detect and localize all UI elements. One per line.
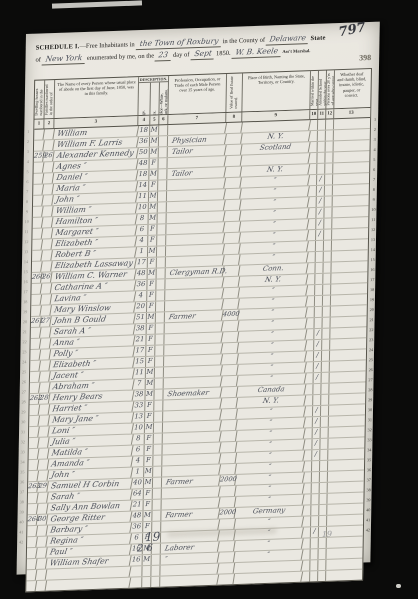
- cell-age: 38: [135, 324, 147, 334]
- line-number: 22: [21, 337, 29, 347]
- county-label: in the County of: [223, 37, 266, 45]
- cell-remarks: [327, 504, 361, 515]
- cell-school: [310, 560, 318, 570]
- stamped-page-number: 398: [359, 52, 371, 63]
- cell-read: [323, 273, 331, 283]
- col-header-value-label: Value of Real Estate owned.: [229, 75, 239, 109]
- cell-read: [320, 483, 328, 493]
- cell-married: [306, 329, 314, 339]
- line-number: 14: [22, 257, 30, 267]
- cell-married: [307, 296, 315, 306]
- cell-school: [315, 318, 323, 328]
- line-number: 20: [21, 317, 29, 327]
- line-number: 28: [19, 397, 27, 407]
- cell-sex: F: [146, 335, 155, 345]
- cell-age: 17: [136, 258, 148, 268]
- line-number: 18: [21, 297, 29, 307]
- cell-school: [316, 252, 324, 262]
- cell-read: [322, 329, 330, 339]
- line-number: 3: [371, 135, 379, 145]
- cell-read: [319, 505, 327, 515]
- cell-age: 14: [137, 181, 149, 191]
- cell-profession: [163, 376, 223, 388]
- col-header-birthplace: Place of Birth, Naming the State, Territ…: [242, 71, 311, 111]
- line-number: 18: [368, 285, 376, 295]
- cell-married: [304, 439, 312, 449]
- line-number: 40: [17, 517, 25, 527]
- table-body: William18MWilliam F. Larris36MPhysicianN…: [26, 118, 370, 591]
- col-header-profession-label: Profession, Occupation, or Trade of each…: [169, 74, 226, 96]
- footer-tally-bottom: 2 6: [137, 543, 153, 555]
- cell-read: [325, 163, 333, 173]
- cell-married: [309, 186, 317, 196]
- cell-age: 6: [136, 225, 148, 235]
- cell-read: [320, 461, 328, 471]
- line-number: 13: [369, 235, 377, 245]
- cell-sex: M: [145, 390, 154, 400]
- line-number: 30: [366, 405, 374, 415]
- cell-married: [307, 263, 315, 273]
- cell-read: [326, 141, 334, 151]
- line-number: 12: [22, 237, 30, 247]
- cell-married: [303, 527, 311, 537]
- line-number: 37: [18, 487, 26, 497]
- cell-profession: [162, 409, 222, 421]
- census-page: 797 398 SCHEDULE I.—Free Inhabitants in …: [17, 22, 380, 575]
- cell-sex: [142, 577, 151, 587]
- cell-profession: [164, 332, 224, 344]
- cell-remarks: [329, 426, 363, 437]
- cell-school: [315, 285, 323, 295]
- line-number: 19: [21, 307, 29, 317]
- cell-married: [308, 241, 316, 251]
- state-label: State: [310, 35, 325, 43]
- cell-read: [318, 571, 326, 581]
- cell-married: [307, 307, 315, 317]
- cell-read: [326, 119, 334, 129]
- cell-married: [307, 274, 315, 284]
- line-number: 16: [368, 265, 376, 275]
- line-number: 37: [365, 475, 373, 485]
- cell-profession: Clergyman R.D.: [165, 266, 225, 278]
- line-number: 39: [18, 507, 26, 517]
- cell-remarks: [329, 393, 363, 404]
- cell-age: 13: [133, 412, 145, 422]
- cell-age: 1: [132, 467, 144, 477]
- line-number: 5: [24, 167, 32, 177]
- cell-remarks: [331, 261, 365, 272]
- cell-school: [313, 384, 321, 394]
- line-number: 21: [21, 327, 29, 337]
- cell-profession: [164, 288, 224, 300]
- cell-remarks: [326, 559, 360, 570]
- schedule-label: SCHEDULE I.: [36, 43, 80, 52]
- cell-school: [313, 395, 321, 405]
- col-header-value: Value of Real Estate owned.: [226, 73, 243, 112]
- cell-sex: M: [150, 147, 159, 157]
- cell-sex: M: [150, 136, 159, 146]
- cell-profession: [166, 200, 226, 212]
- cell-read: [323, 307, 331, 317]
- line-number: 41: [17, 527, 25, 537]
- cell-sex: F: [147, 291, 156, 301]
- cell-school: ∕: [314, 351, 322, 361]
- cell-read: [320, 450, 328, 460]
- line-number: 13: [22, 247, 30, 257]
- cell-read: [322, 373, 330, 383]
- col-header-remarks: Whether deaf and dumb, blind, insane, id…: [334, 69, 369, 108]
- cell-age: 48: [138, 159, 150, 169]
- cell-read: [319, 494, 327, 504]
- cell-school: ∕: [313, 417, 321, 427]
- cell-read: [323, 296, 331, 306]
- line-number: 7: [370, 175, 378, 185]
- line-number: 6: [23, 177, 31, 187]
- cell-school: ∕: [313, 428, 321, 438]
- line-number: 11: [369, 215, 377, 225]
- line-number: 2: [371, 125, 379, 135]
- line-number: 40: [364, 505, 372, 515]
- cell-sex: M: [147, 313, 156, 323]
- line-number: 19: [368, 295, 376, 305]
- cell-sex: M: [149, 202, 158, 212]
- marshal-signature: W. B. Keele: [231, 45, 281, 59]
- line-number: 29: [19, 407, 27, 417]
- cell-married: [305, 395, 313, 405]
- line-number: 8: [23, 197, 31, 207]
- cell-remarks: [332, 228, 366, 239]
- cell-school: [316, 241, 324, 251]
- cell-married: [302, 571, 310, 581]
- cell-remarks: [333, 184, 367, 195]
- cell-profession: [165, 255, 225, 267]
- col-num-1: 1: [34, 119, 44, 128]
- cell-school: ∕: [317, 186, 325, 196]
- cell-remarks: [331, 272, 365, 283]
- cell-birthplace: [233, 572, 303, 584]
- cell-sex: F: [147, 324, 156, 334]
- cell-married: [306, 362, 314, 372]
- cell-school: ∕: [316, 208, 324, 218]
- col-header-family-label: Families numbered in the order of visita…: [45, 81, 56, 116]
- cell-sex: M: [146, 379, 155, 389]
- cell-sex: M: [144, 478, 153, 488]
- col-header-name-label: The Name of every Person whose usual pla…: [55, 77, 138, 100]
- cell-sex: M: [144, 467, 153, 477]
- cell-school: [311, 516, 319, 526]
- cell-sex: F: [147, 280, 156, 290]
- col-num-12: 12: [326, 109, 334, 118]
- cell-school: ∕: [311, 527, 319, 537]
- col-num-10: 10: [310, 110, 318, 119]
- cell-read: [323, 284, 331, 294]
- cell-married: [305, 417, 313, 427]
- cell-married: [304, 472, 312, 482]
- cell-married: [308, 252, 316, 262]
- cell-profession: [166, 189, 226, 201]
- cell-remarks: [332, 206, 366, 217]
- cell-married: [303, 538, 311, 548]
- cell-remarks: [328, 438, 362, 449]
- cell-read: [319, 538, 327, 548]
- cell-school: [310, 549, 318, 559]
- line-number: 1: [24, 127, 32, 137]
- cell-married: [306, 373, 314, 383]
- cell-read: [324, 240, 332, 250]
- cell-remarks: [331, 294, 365, 305]
- cell-age: 11: [137, 192, 149, 202]
- cell-profession: Farmer: [164, 310, 224, 322]
- cell-married: [308, 219, 316, 229]
- line-number: 16: [22, 277, 30, 287]
- cell-school: [318, 131, 326, 141]
- line-number: 25: [367, 355, 375, 365]
- cell-married: [304, 450, 312, 460]
- cell-sex: F: [149, 158, 158, 168]
- cell-age: 16: [131, 555, 143, 565]
- cell-school: ∕: [316, 219, 324, 229]
- description-subcolumns: Age. Sex. Color—White, black, or mulatto…: [138, 82, 168, 115]
- col-header-profession: Profession, Occupation, or Trade of each…: [168, 74, 227, 114]
- cell-sex: M: [146, 368, 155, 378]
- cell-age: 51: [135, 313, 147, 323]
- cell-remarks: [329, 382, 363, 393]
- cell-read: [324, 207, 332, 217]
- col-header-birthplace-label: Place of Birth, Naming the State, Territ…: [243, 71, 310, 88]
- cell-age: 10: [133, 423, 145, 433]
- cell-profession: Shoemaker: [163, 387, 223, 399]
- cell-age: 4: [132, 456, 144, 466]
- cell-profession: Farmer: [160, 509, 220, 521]
- cell-remarks: [330, 360, 364, 371]
- cell-age: [130, 566, 142, 576]
- cell-school: [315, 296, 323, 306]
- cell-remarks: [330, 371, 364, 382]
- line-number: 9: [23, 207, 31, 217]
- cell-married: [303, 494, 311, 504]
- cell-read: [325, 174, 333, 184]
- enumerated-label: enumerated by me, on the: [87, 53, 154, 62]
- line-number: 12: [369, 225, 377, 235]
- line-number: 42: [17, 537, 25, 547]
- cell-remarks: [328, 449, 362, 460]
- line-number: 36: [18, 477, 26, 487]
- month-written: Sept: [190, 47, 215, 60]
- col-num-11: 11: [318, 110, 326, 119]
- line-number: 34: [18, 457, 26, 467]
- cell-age: 64: [132, 489, 144, 499]
- cell-married: [306, 351, 314, 361]
- col-num-13: 13: [334, 108, 368, 118]
- cell-age: 6: [133, 445, 145, 455]
- line-number: 41: [364, 515, 372, 525]
- line-number: 15: [22, 267, 30, 277]
- line-number: 26: [20, 377, 28, 387]
- cell-sex: F: [146, 357, 155, 367]
- line-number: 22: [367, 325, 375, 335]
- cell-remarks: [334, 140, 368, 151]
- cell-school: ∕: [313, 406, 321, 416]
- cell-read: [325, 196, 333, 206]
- col-header-age: Age.: [138, 83, 151, 115]
- cell-age: 48: [136, 269, 148, 279]
- cell-read: [322, 340, 330, 350]
- line-number: 31: [366, 415, 374, 425]
- cell-sex: F: [145, 401, 154, 411]
- line-number: 27: [366, 375, 374, 385]
- cell-remarks: [330, 327, 364, 338]
- census-table: Dwelling-houses numbered in the order of…: [25, 68, 372, 592]
- cell-married: [305, 406, 313, 416]
- cell-profession: [159, 564, 219, 576]
- cell-profession: [166, 178, 226, 190]
- line-number: 10: [23, 217, 31, 227]
- cell-remarks: [334, 129, 368, 140]
- cell-remarks: [328, 471, 362, 482]
- cell-sex: F: [148, 236, 157, 246]
- cell-age: 40: [132, 478, 144, 488]
- cell-school: ∕: [316, 230, 324, 240]
- cell-remarks: [333, 195, 367, 206]
- line-number: 39: [364, 495, 372, 505]
- cell-remarks: [328, 460, 362, 471]
- line-number: 38: [365, 485, 373, 495]
- cell-age: 17: [134, 346, 146, 356]
- cell-school: [318, 120, 326, 130]
- line-number: 32: [366, 425, 374, 435]
- cell-age: 20: [135, 302, 147, 312]
- cell-profession: Laborer: [160, 542, 220, 554]
- cell-read: [324, 218, 332, 228]
- cell-read: [325, 152, 333, 162]
- cell-remarks: [327, 493, 361, 504]
- cell-sex: M: [149, 214, 158, 224]
- cell-remarks: [333, 162, 367, 173]
- cell-married: [306, 340, 314, 350]
- cell-sex: M: [149, 191, 158, 201]
- cell-remarks: [332, 250, 366, 261]
- cell-school: [311, 505, 319, 515]
- cell-school: ∕: [312, 450, 320, 460]
- scan-artifact-dot: [396, 584, 401, 588]
- line-number: 25: [20, 367, 28, 377]
- cell-profession: [165, 244, 225, 256]
- col-header-name: The Name of every Person whose usual pla…: [54, 77, 139, 118]
- cell-profession: [159, 575, 219, 587]
- col-num-4: 4: [138, 116, 150, 125]
- line-number: 14: [369, 245, 377, 255]
- cell-sex: [142, 566, 151, 576]
- line-number: 2: [24, 137, 32, 147]
- cell-profession: [167, 123, 227, 135]
- cell-remarks: [328, 482, 362, 493]
- line-number: 31: [19, 427, 27, 437]
- col-header-remarks-label: Whether deaf and dumb, blind, insane, id…: [334, 69, 369, 100]
- marshal-label: Ass't Marshal.: [282, 48, 310, 54]
- cell-profession: [165, 222, 225, 234]
- cell-profession: Physician: [167, 134, 227, 146]
- cell-read: [322, 362, 330, 372]
- county-written: Delaware: [266, 32, 310, 46]
- cell-age: 4: [135, 291, 147, 301]
- cell-read: [321, 406, 329, 416]
- cell-read: [318, 560, 326, 570]
- col-header-age-label: Age.: [142, 84, 147, 115]
- col-header-description: DESCRIPTION. Age. Sex. Color—White, blac…: [138, 76, 169, 115]
- cell-school: ∕: [314, 373, 322, 383]
- cell-married: [303, 505, 311, 515]
- cell-read: [325, 185, 333, 195]
- col-header-dwelling-label: Dwelling-houses numbered in the order of…: [35, 81, 46, 116]
- cell-profession: Farmer: [161, 475, 221, 487]
- cell-age: 8: [133, 434, 145, 444]
- cell-school: [318, 142, 326, 152]
- cell-sex: F: [145, 434, 154, 444]
- line-number: 3: [24, 147, 32, 157]
- cell-remarks: [331, 283, 365, 294]
- cell-school: ∕: [317, 197, 325, 207]
- cell-age: 1: [136, 247, 148, 257]
- cell-profession: Tailor: [166, 167, 226, 179]
- cell-read: [321, 395, 329, 405]
- state-written: New York: [42, 52, 87, 66]
- cell-profession: [167, 156, 227, 168]
- col-num-5: 5: [150, 115, 159, 124]
- cell-sex: M: [143, 555, 152, 565]
- cell-sex: M: [148, 247, 157, 257]
- cell-remarks: [332, 239, 366, 250]
- cell-married: [307, 285, 315, 295]
- cell-read: [324, 229, 332, 239]
- year-label: 1850.: [216, 50, 231, 58]
- line-number: 36: [365, 465, 373, 475]
- cell-school: [311, 494, 319, 504]
- cell-read: [319, 516, 327, 526]
- line-number: 17: [21, 287, 29, 297]
- cell-married: [308, 208, 316, 218]
- cell-age: 18: [137, 170, 149, 180]
- line-number: 27: [20, 387, 28, 397]
- cell-sex: F: [144, 445, 153, 455]
- cell-remarks: [334, 118, 368, 129]
- cell-sex: F: [145, 412, 154, 422]
- cell-age: 8: [137, 214, 149, 224]
- cell-age: 33: [133, 401, 145, 411]
- cell-remarks: [327, 515, 361, 526]
- cell-sex: F: [146, 346, 155, 356]
- line-number: 33: [19, 447, 27, 457]
- cell-age: 48: [131, 511, 143, 521]
- cell-profession: [162, 398, 222, 410]
- cell-sex: M: [145, 423, 154, 433]
- col-num-8: 8: [226, 112, 242, 122]
- line-number: 28: [366, 385, 374, 395]
- line-number: 7: [23, 187, 31, 197]
- col-num-6: 6: [159, 115, 168, 124]
- cell-age: 15: [134, 357, 146, 367]
- cell-school: ∕: [312, 439, 320, 449]
- cell-sex: F: [144, 500, 153, 510]
- cell-married: [309, 175, 317, 185]
- page-header: 797 398 SCHEDULE I.—Free Inhabitants in …: [35, 30, 371, 66]
- cell-profession: [164, 321, 224, 333]
- footer-corner-mark: 19: [322, 530, 332, 539]
- cell-read: [321, 428, 329, 438]
- cell-married: [305, 428, 313, 438]
- cell-married: [309, 164, 317, 174]
- cell-school: [311, 538, 319, 548]
- cell-school: [312, 483, 320, 493]
